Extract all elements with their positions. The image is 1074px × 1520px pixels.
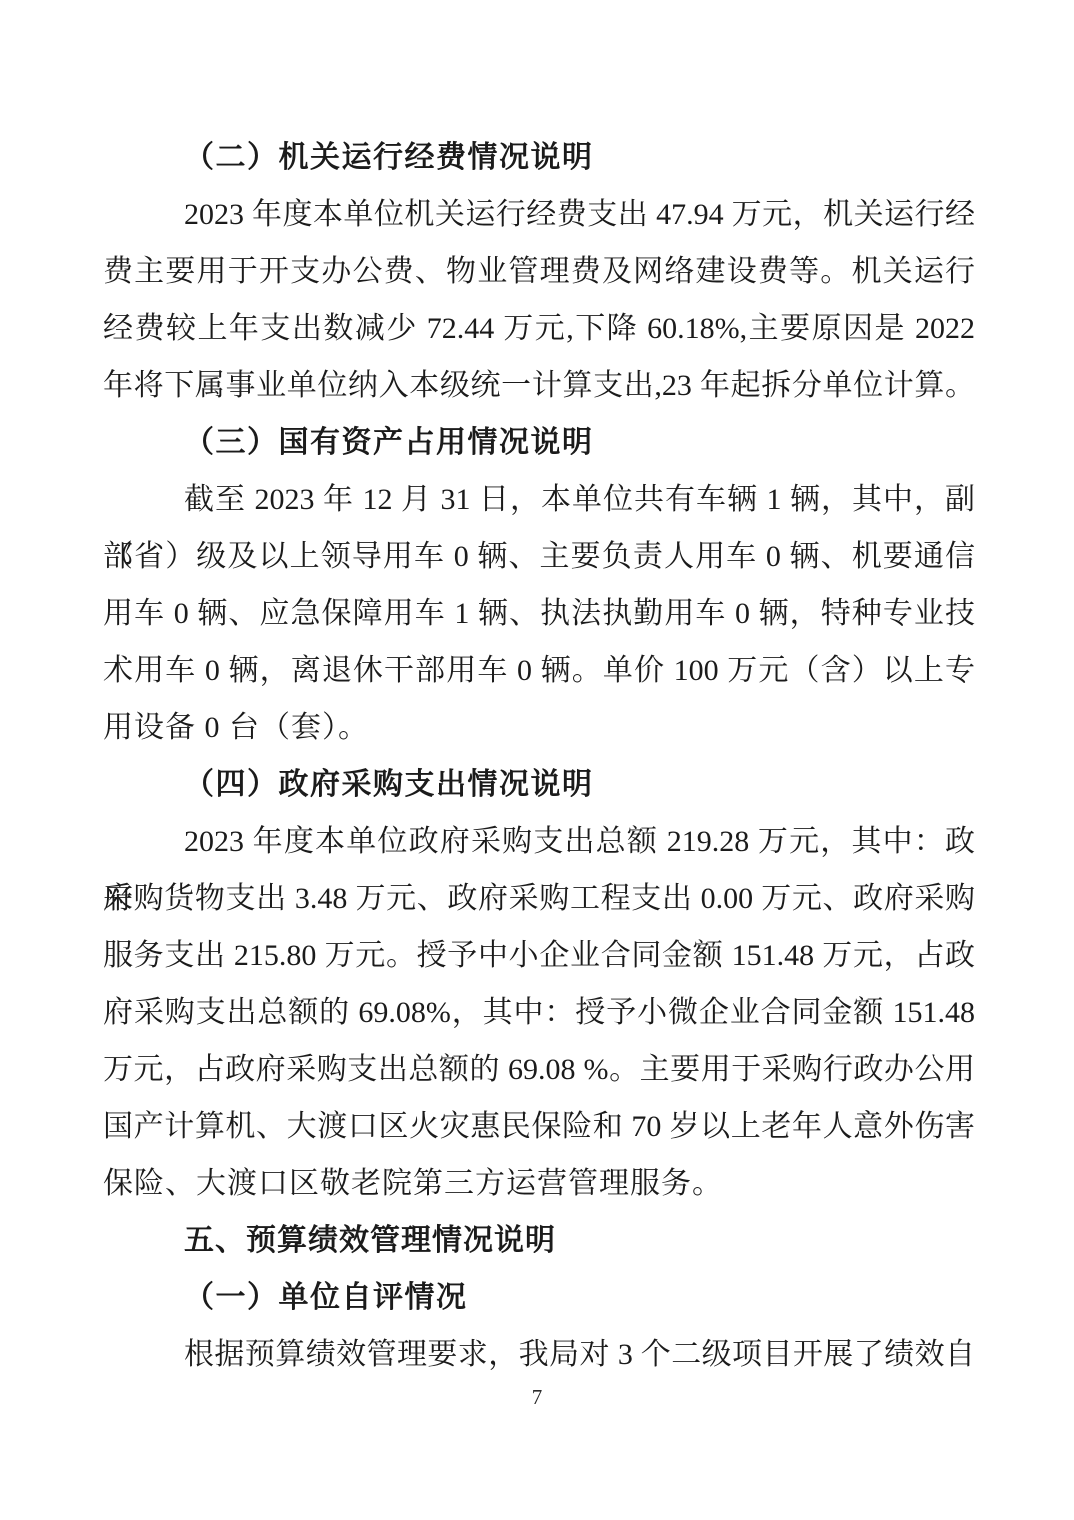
body-line: 用设备 0 台（套）。 <box>103 699 975 756</box>
body-line: 采购货物支出 3.48 万元、政府采购工程支出 0.00 万元、政府采购 <box>103 870 975 927</box>
document-page: （二）机关运行经费情况说明 2023 年度本单位机关运行经费支出 47.94 万… <box>0 0 1074 1520</box>
body-line: 截至 2023 年 12 月 31 日，本单位共有车辆 1 辆，其中，副部 <box>103 471 975 528</box>
chapter-heading-5-budget-performance: 五、预算绩效管理情况说明 <box>103 1212 975 1269</box>
body-line: 保险、大渡口区敬老院第三方运营管理服务。 <box>103 1155 975 1212</box>
body-line: 府采购支出总额的 69.08%，其中：授予小微企业合同金额 151.48 <box>103 984 975 1041</box>
body-line: 费主要用于开支办公费、物业管理费及网络建设费等。机关运行 <box>103 243 975 300</box>
section-heading-2-agency-operating-funds: （二）机关运行经费情况说明 <box>103 129 975 186</box>
body-line: （省）级及以上领导用车 0 辆、主要负责人用车 0 辆、机要通信 <box>103 528 975 585</box>
body-line: 国产计算机、大渡口区火灾惠民保险和 70 岁以上老年人意外伤害 <box>103 1098 975 1155</box>
page-number: 7 <box>0 1383 1074 1411</box>
body-line: 术用车 0 辆，离退休干部用车 0 辆。单价 100 万元（含）以上专 <box>103 642 975 699</box>
section-heading-4-government-procurement: （四）政府采购支出情况说明 <box>103 756 975 813</box>
section-heading-3-state-assets: （三）国有资产占用情况说明 <box>103 414 975 471</box>
body-line: 服务支出 215.80 万元。授予中小企业合同金额 151.48 万元，占政 <box>103 927 975 984</box>
body-line: 年将下属事业单位纳入本级统一计算支出,23 年起拆分单位计算。 <box>103 357 975 414</box>
body-line: 根据预算绩效管理要求，我局对 3 个二级项目开展了绩效自 <box>103 1326 975 1383</box>
body-line: 万元，占政府采购支出总额的 69.08 %。主要用于采购行政办公用 <box>103 1041 975 1098</box>
body-line: 2023 年度本单位机关运行经费支出 47.94 万元，机关运行经 <box>103 186 975 243</box>
body-line: 用车 0 辆、应急保障用车 1 辆、执法执勤用车 0 辆，特种专业技 <box>103 585 975 642</box>
body-line: 2023 年度本单位政府采购支出总额 219.28 万元，其中：政府 <box>103 813 975 870</box>
section-heading-1-self-evaluation: （一）单位自评情况 <box>103 1269 975 1326</box>
body-line: 经费较上年支出数减少 72.44 万元,下降 60.18%,主要原因是 2022 <box>103 300 975 357</box>
document-text-block: （二）机关运行经费情况说明 2023 年度本单位机关运行经费支出 47.94 万… <box>103 129 975 1383</box>
